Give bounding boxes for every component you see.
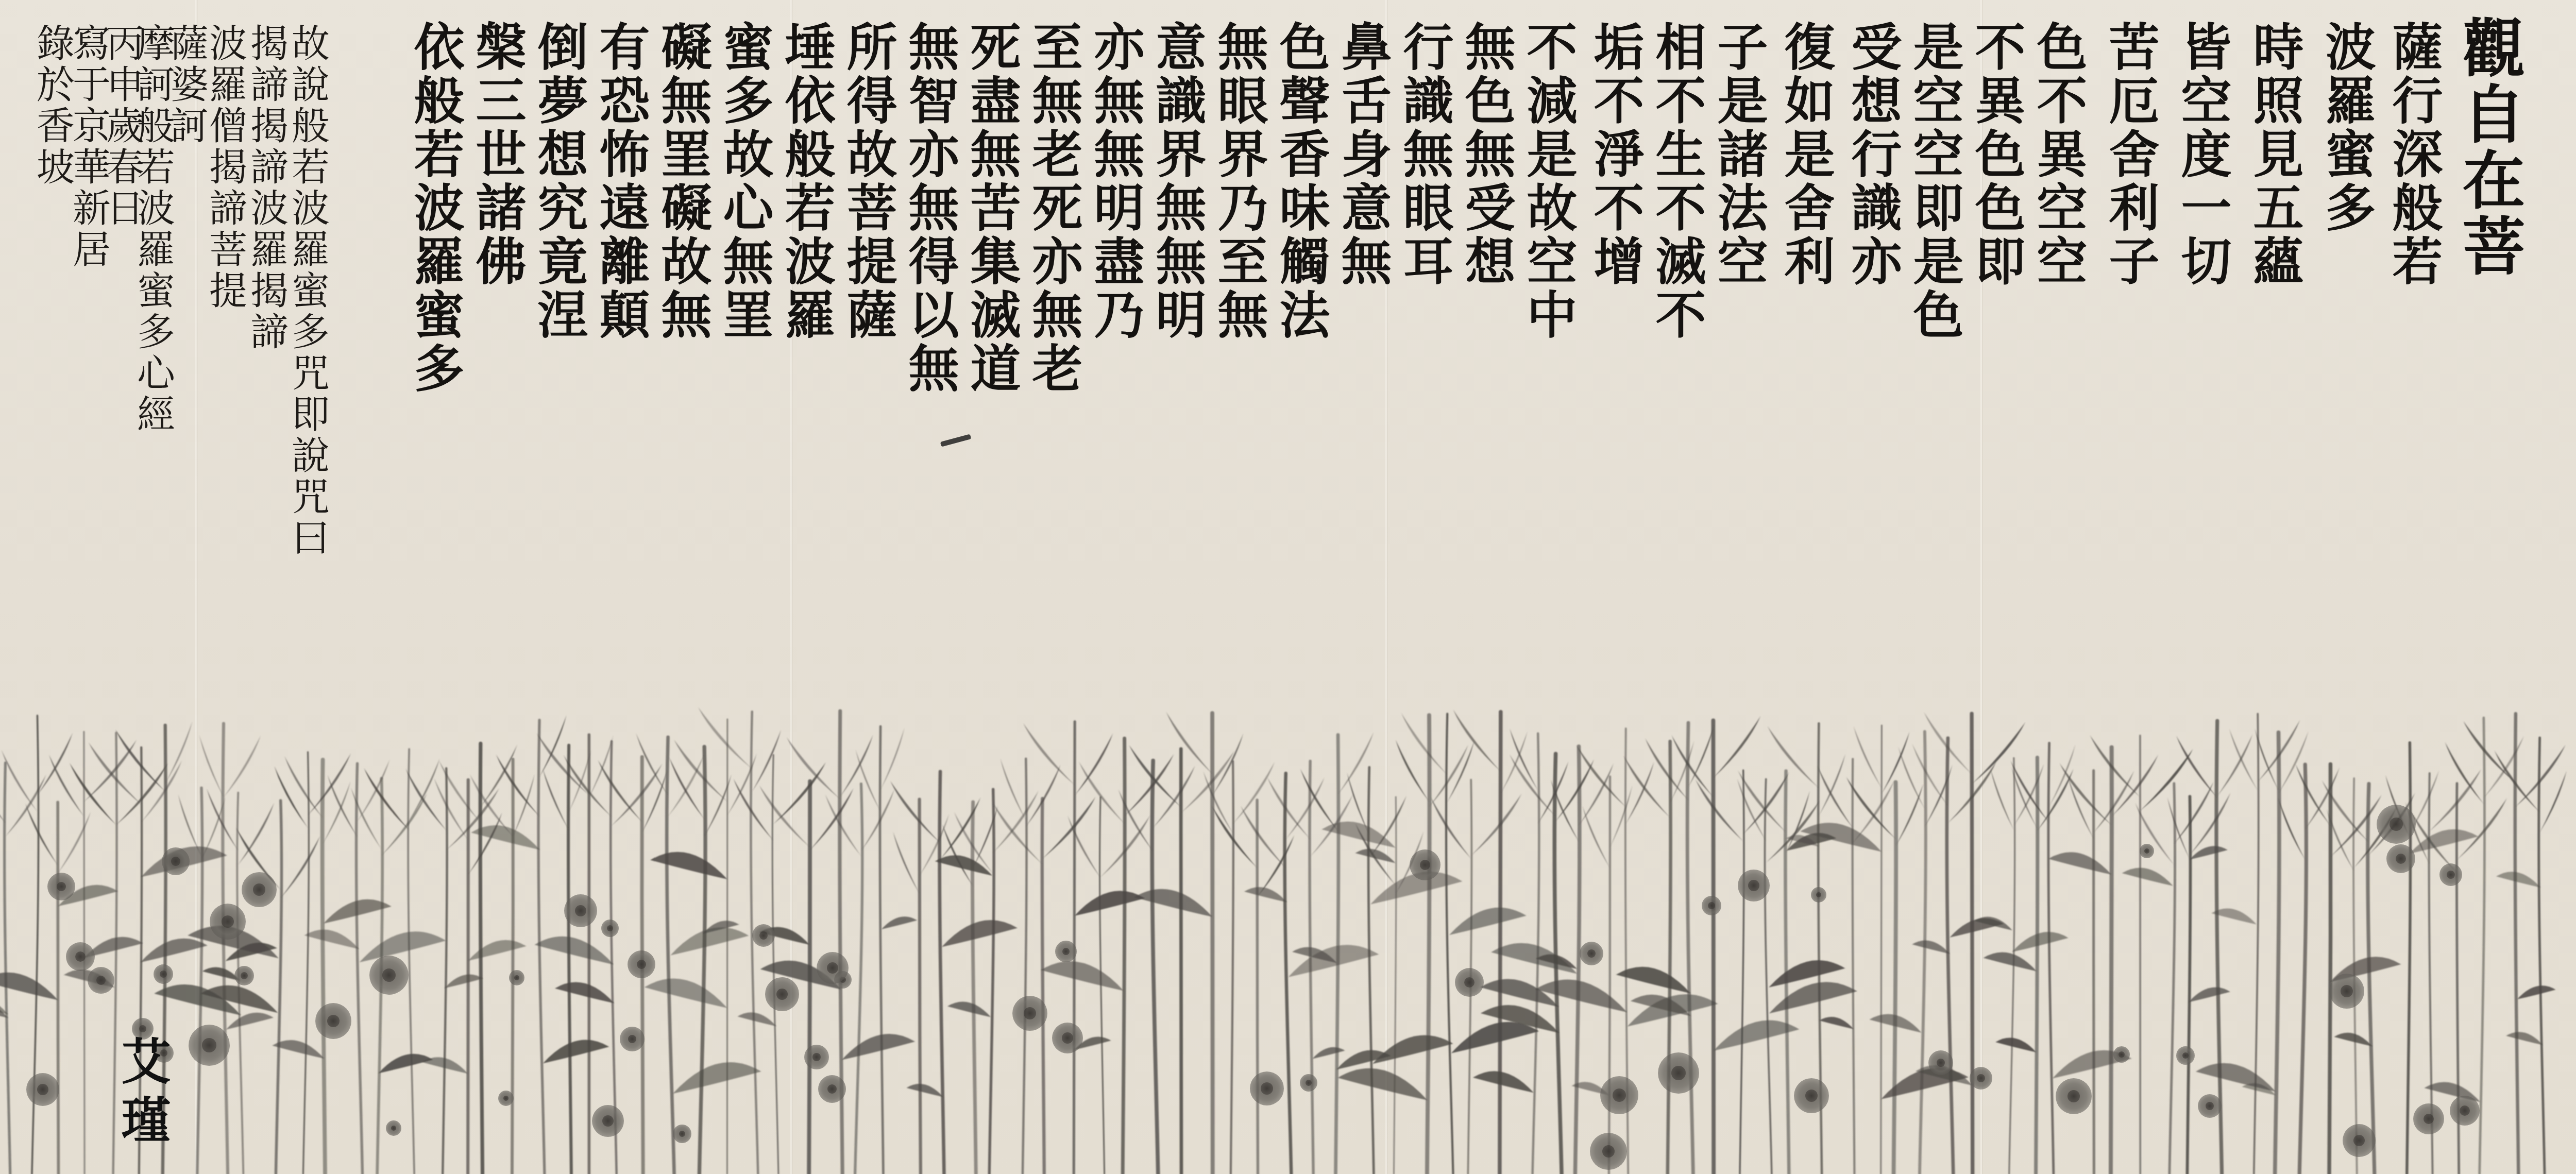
seed-head-core [202,1038,216,1052]
reed-stem [667,737,674,1174]
artist-signature: 艾瑾 [107,1035,178,1153]
reed-leaf [2122,867,2173,886]
reed-leaf [1067,816,1100,878]
reed-stem [2170,784,2175,1174]
seed-head-core [1602,1145,1615,1158]
reed-leaf [1471,794,1521,856]
reed-leaf [674,740,727,802]
reed-leaf [2457,798,2507,860]
seed-head-core [1464,977,1475,988]
calligraphy-column: 無色無受想 [1461,21,1511,288]
reed-leaf [890,781,940,843]
reed-stem [989,789,994,1174]
reed-leaf [1896,784,1923,846]
reed-leaf [1688,725,1714,787]
reed-leaf [787,737,840,799]
reed-stem [1947,738,1954,1174]
reed-leaf [906,1084,943,1097]
reed-stem [1853,759,1855,1174]
reed-stem [1427,715,1430,1174]
seed-head-core [171,857,180,866]
reed-leaf [284,756,323,818]
reed-leaf [1995,1038,2036,1052]
reed-leaf [308,753,351,815]
reed-stem [568,745,571,1174]
reed-leaf [1818,766,1853,828]
reed-leaf [1355,849,1395,863]
seed-head-core [2447,871,2455,879]
seed-head-core [1261,1082,1273,1095]
seed-head-core [2389,818,2403,831]
seed-head-core [37,1084,48,1095]
calligraphy-column: 蜜多故心無罣 [719,21,769,342]
calligraphy-column: 礙無罣礙故無 [657,21,707,342]
colophon-column: 波羅僧揭諦菩提 [206,23,244,312]
reed-leaf [1623,756,1670,818]
reed-leaf [2189,988,2230,1002]
seed-head-core [2424,1114,2434,1124]
reed-leaf [2334,1033,2372,1047]
reed-stem [1023,759,1027,1174]
reed-stem [1575,746,1579,1174]
seed-head-core [57,882,66,891]
reed-leaf [1577,745,1626,807]
colophon-column: 錄於香坡 [33,23,72,188]
seed-head-core [776,989,788,1000]
reed-leaf [513,774,535,836]
reed-leaf [935,855,993,876]
reed-leaf [534,937,614,965]
seed-head-core [139,1025,146,1032]
reed-leaf [2090,735,2140,797]
seed-head-core [514,975,519,980]
reed-leaf [1125,754,1174,816]
reed-stem [1042,798,1044,1174]
seed-head-core [812,1053,821,1061]
calligraphy-column: 不減是故空中 [1522,21,1573,342]
reed-leaf [2140,749,2193,811]
seed-head-core [827,962,838,974]
reed-leaf [1312,1047,1345,1059]
reed-leaf [1449,908,1527,935]
reed-leaf [1233,762,1275,824]
reed-leaf [238,803,274,865]
reed-leaf [668,755,704,816]
reed-leaf [2112,755,2159,816]
reed-leaf [25,804,58,865]
reed-leaf [358,760,390,822]
calligraphy-column: 依般若波羅蜜多 [410,21,460,396]
reed-leaf [2296,764,2331,826]
reed-leaf [645,979,727,1008]
seed-head-core [1937,1059,1945,1067]
reed-leaf [1338,1068,1428,1100]
reed-leaf [840,735,873,797]
reed-leaf [1912,940,1950,954]
reed-stem [5,763,10,1174]
reed-leaf [49,755,84,816]
reed-leaf [1990,768,2014,830]
seed-head-core [637,960,646,969]
reed-leaf [1535,980,1627,1012]
reed-stem [443,768,447,1174]
calligraphy-column: 無眼界乃至無 [1213,21,1264,342]
reed-leaf [226,1013,274,1030]
reed-leaf [165,722,193,784]
ink-painting-scroll: 觀自在菩薩行深般若波羅蜜多時照見五蘊皆空度一切苦厄舍利子色不異空空不異色色即是空… [0,0,2576,1174]
reed-leaf [882,916,917,929]
seed-head-core [1587,949,1596,958]
reed-leaf [1134,889,1212,917]
colophon-column: 揭諦揭諦波羅揭諦 [247,23,285,353]
reed-leaf [1768,726,1819,788]
reed-stem [276,801,281,1174]
seed-head-core [391,1126,396,1131]
reed-leaf [673,1062,761,1094]
reed-stem [357,763,363,1174]
reed-leaf [2278,798,2305,860]
seed-head-core [1805,1090,1818,1102]
seed-head-core [253,883,265,896]
seed-head-core [2460,1105,2470,1116]
calligraphy-column: 復如是舍利 [1780,21,1831,288]
reed-stem [1257,800,1258,1174]
reed-leaf [468,940,527,961]
reed-stem [1881,725,1882,1174]
seed-head-core [2182,1052,2189,1059]
reed-leaf [360,931,446,962]
reed-leaf [1075,891,1145,916]
reed-stem [1231,761,1233,1174]
calligraphy-column: 垢不淨不增 [1589,21,1640,288]
reed-leaf [1713,716,1760,778]
seed-head-core [827,1084,837,1094]
reed-leaf [893,831,919,893]
calligraphy-column: 死盡無苦集滅道 [966,21,1016,396]
seed-head-core [382,968,396,982]
reed-leaf [1451,1022,1539,1053]
reed-stem [1894,782,1896,1174]
reed-stem [1920,731,1926,1174]
reed-leaf [2540,771,2567,832]
reed-leaf [1267,777,1310,839]
reed-leaf [1241,806,1286,868]
reed-leaf [2190,793,2230,855]
reed-leaf [942,920,1018,947]
reed-leaf [842,1034,915,1060]
seed-head-core [2144,848,2149,854]
reed-stem [1668,741,1671,1174]
reed-leaf [2174,782,2214,844]
reed-stem [408,749,414,1174]
reed-stem [1687,723,1693,1174]
reed-leaf [734,779,774,841]
reed-leaf [1212,806,1257,868]
seed-head-core [1708,902,1715,909]
reed-leaf [1372,1035,1453,1064]
reed-leaf [1079,762,1124,824]
reed-leaf [543,1040,609,1063]
reed-leaf [1041,961,1124,991]
seed-head-core [241,972,248,979]
calligraphy-column: 行識無眼耳 [1399,21,1449,288]
calligraphy-column: 鼻舌身意無 [1337,21,1387,288]
reed-leaf [274,766,308,828]
calligraphy-column: 觀自在菩 [2458,15,2520,279]
reed-leaf [855,750,880,811]
reed-leaf [2012,932,2068,952]
seed-head-core [1977,1074,1985,1082]
reed-leaf [2517,985,2556,999]
reed-leaf [543,768,569,830]
reed-leaf [737,1012,776,1026]
reed-stem [919,799,921,1174]
reed-stem [323,760,325,1174]
reed-leaf [37,733,72,795]
reed-leaf [880,728,904,790]
reed-leaf [1023,723,1075,785]
seed-head-core [503,1096,509,1101]
seed-head-core [1748,880,1759,891]
reed-leaf [140,939,207,962]
reed-leaf [2506,1032,2543,1045]
reed-leaf [2060,763,2112,825]
reed-leaf [1696,779,1743,841]
calligraphy-column: 色聲香味觸法 [1275,21,1326,342]
reed-leaf [555,982,614,1003]
reed-leaf [89,742,141,804]
seed-head-core [327,1015,340,1027]
reed-leaf [2229,729,2258,791]
reed-leaf [0,973,58,1000]
seed-head-core [2119,1051,2125,1058]
seed-head-core [628,1035,636,1043]
reed-leaf [650,852,727,879]
reed-leaf [1510,755,1555,816]
reed-leaf [409,758,439,820]
reed-leaf [727,753,757,815]
reed-stem [223,724,228,1174]
seed-head-core [1306,1080,1312,1086]
reed-leaf [2048,852,2111,875]
reed-stem [855,784,862,1174]
reed-stem [2299,764,2306,1174]
reed-leaf [1204,772,1233,833]
calligraphy-column: 時照見五蘊 [2249,21,2299,288]
seed-head-core [2206,1102,2214,1110]
seed-head-core [2353,1135,2365,1146]
reed-stem [973,802,976,1174]
reed-leaf [304,929,360,949]
calligraphy-column: 埵依般若波羅 [781,21,831,342]
reed-leaf [810,788,853,850]
reed-leaf [1166,712,1212,774]
reed-stem [840,711,842,1174]
reed-leaf [2496,872,2541,888]
calligraphy-column: 有恐怖遠離顛 [595,21,646,342]
reed-leaf [2196,1063,2276,1092]
reed-leaf [773,762,826,824]
seed-head-core [96,976,106,985]
calligraphy-column: 不異色色即 [1971,21,2021,288]
reed-leaf [2049,744,2076,806]
reed-leaf [2094,771,2134,832]
reed-leaf [2068,777,2094,839]
reed-leaf [1898,747,1924,809]
colophon-column: 故說般若波羅蜜多咒即說咒曰 [289,23,327,559]
reed-leaf [1583,806,1610,868]
reed-leaf [1912,744,1948,806]
calligraphy-column: 子是諸法空 [1713,21,1764,288]
reed-leaf [445,975,483,989]
calligraphy-column: 波羅蜜多 [2321,21,2371,235]
reed-stem [2187,796,2190,1174]
reed-leaf [1480,979,1559,1007]
calligraphy-column: 色不異空空 [2032,21,2083,288]
reed-stem [2254,713,2259,1174]
reed-leaf [1000,758,1026,820]
reed-leaf [1984,952,2037,972]
seed-head-core [759,931,768,940]
reed-stem [480,743,482,1174]
reed-leaf [1769,982,1857,1013]
reed-leaf [992,802,1042,864]
reed-stem [699,747,705,1174]
reed-leaf [1321,822,1396,848]
reed-leaf [1854,726,1882,788]
reed-leaf [1819,754,1845,816]
reed-leaf [642,771,667,832]
reed-field-painting [0,690,2576,1174]
reed-leaf [2305,767,2340,829]
reed-stem [1972,713,1973,1174]
reed-leaf [378,1054,433,1074]
calligraphy-column: 苦厄舍利子 [2105,21,2155,288]
seed-head-core [575,905,586,916]
reed-stem [1765,779,1772,1174]
calligraphy-column: 相不生不滅不 [1651,21,1702,342]
reed-stem [2539,738,2545,1174]
calligraphy-column: 薩行深般若 [2388,21,2438,288]
calligraphy-column: 所得故菩提薩 [842,21,893,342]
reed-stem [512,759,513,1174]
seed-head-core [160,971,167,978]
calligraphy-column: 皆空度一切 [2177,21,2227,288]
reed-leaf [2494,751,2539,812]
reed-leaf [1737,779,1766,841]
reed-stem [1181,749,1181,1174]
reed-stem [2094,771,2094,1174]
reed-stem [1500,712,1501,1174]
calligraphy-column: 至無老死亦無老 [1028,21,1078,396]
reed-leaf [598,760,642,822]
reed-stem [2480,718,2485,1174]
reed-leaf [1473,1071,1534,1093]
seed-head-core [679,1131,685,1137]
reed-leaf [1244,887,1287,903]
reed-leaf [947,1002,991,1017]
reed-leaf [1510,728,1538,790]
seed-head-core [1613,1088,1626,1102]
reed-stem [2009,758,2015,1174]
reed-stem [2329,764,2331,1174]
reed-leaf [281,836,320,898]
reed-stem [197,788,202,1174]
reed-stem [880,726,883,1174]
reed-stem [32,716,39,1174]
calligraphy-column: 槃三世諸佛 [471,21,522,288]
reed-stem [1609,776,1611,1174]
seed-head-core [2067,1090,2080,1102]
calligraphy-column: 倒夢想究竟涅 [533,21,584,342]
calligraphy-column: 亦無無明盡乃 [1090,21,1140,342]
reed-leaf [861,789,894,851]
seed-head-core [607,925,613,931]
reed-leaf [1129,745,1181,807]
reed-stem [1394,797,1396,1174]
reed-leaf [1369,796,1406,858]
seed-head-core [1062,1032,1073,1044]
reed-leaf [496,755,539,816]
reed-leaf [1429,745,1468,807]
reed-stem [1713,721,1714,1174]
reed-leaf [1286,777,1325,839]
reed-leaf [752,730,781,792]
reed-leaf [434,778,468,840]
seed-head-core [1420,860,1430,870]
reed-leaf [2176,736,2217,797]
seed-head-core [75,951,86,962]
seed-head-core [222,915,234,928]
calligraphy-column: 受想行識亦 [1847,21,1897,288]
reed-stem [58,802,59,1174]
reed-leaf [942,824,973,886]
reed-stem [2275,733,2279,1174]
reed-leaf [2430,769,2481,831]
calligraphy-column: 無智亦無得以無 [904,21,955,396]
calligraphy-column: 意識界無無明 [1151,21,1202,342]
calligraphy-column: 是空空即是色 [1909,21,1959,342]
reed-leaf [1300,769,1338,831]
reed-stem [1152,761,1158,1174]
reed-stem [1740,770,1744,1174]
seed-head-core [1024,1007,1036,1019]
reed-leaf [1212,734,1243,795]
reed-leaf [5,775,46,837]
seed-head-core [1671,1066,1686,1080]
reed-leaf [58,811,91,873]
seed-head-core [602,1115,614,1127]
reed-leaf [224,736,261,797]
reed-leaf [1819,1017,1854,1029]
colophon-column: 寫于京華新居 [70,23,108,270]
heart-sutra-calligraphy: 觀自在菩薩行深般若波羅蜜多時照見五蘊皆空度一切苦厄舍利子色不異空空不異色色即是空… [0,0,2576,670]
reed-leaf [405,769,446,830]
reed-leaf [1042,797,1095,859]
reed-stem [303,752,309,1174]
reed-stem [2368,784,2375,1174]
seed-head-core [1062,948,1070,955]
reed-leaf [1431,797,1471,859]
reed-leaf [537,733,589,795]
reed-leaf [920,814,950,876]
seed-head-core [2341,985,2353,997]
reed-stem [2036,758,2038,1174]
seed-head-core [2396,854,2406,864]
seed-head-core [1816,892,1821,897]
